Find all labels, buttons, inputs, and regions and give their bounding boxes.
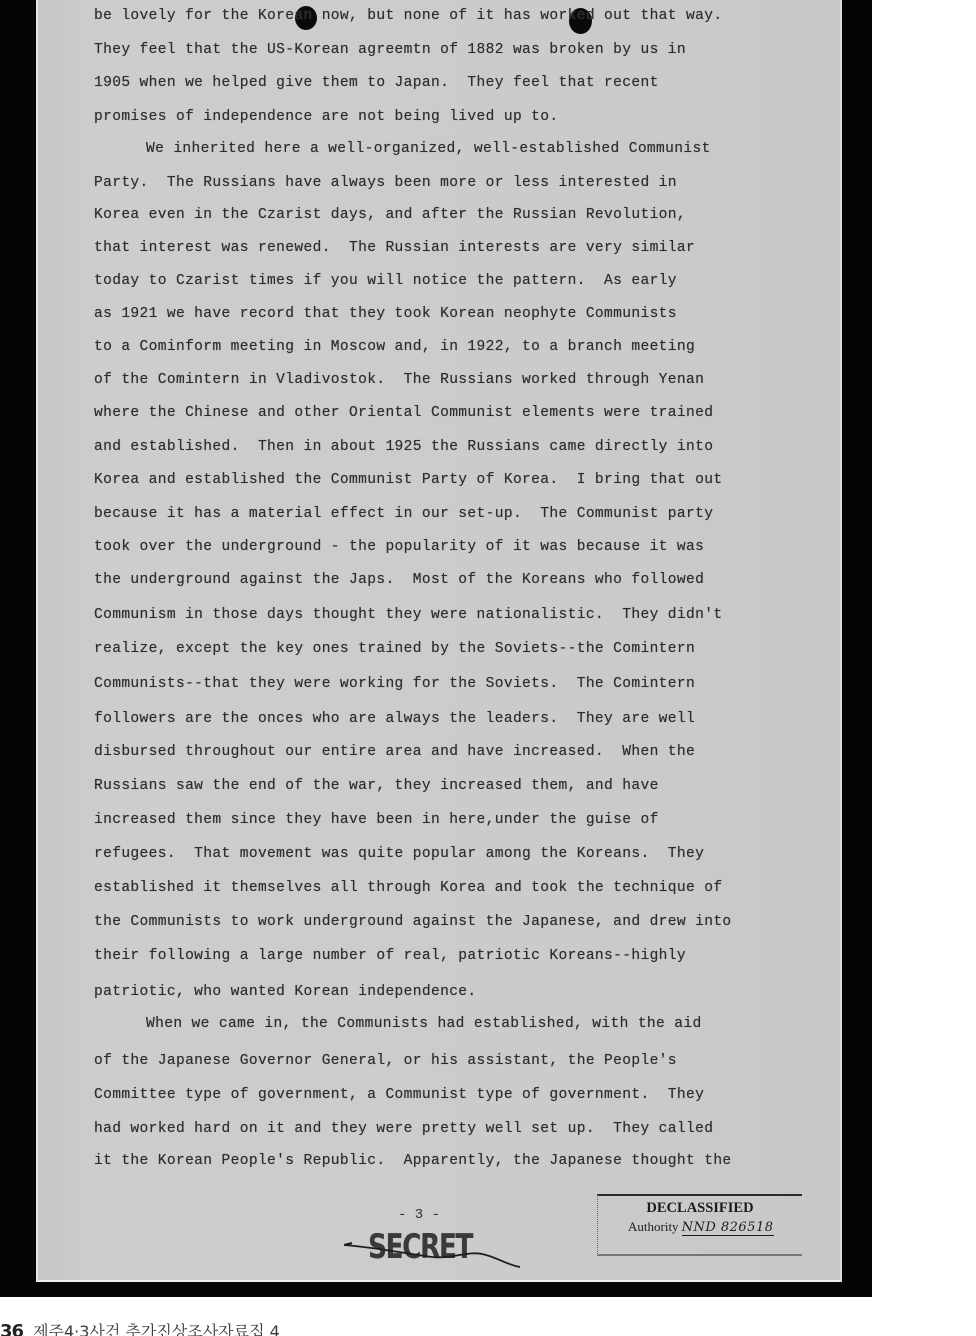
text-line: established it themselves all through Ko… <box>94 880 722 896</box>
text-line: be lovely for the Korean now, but none o… <box>94 8 722 24</box>
declassified-stamp: DECLASSIFIED AuthorityNND 826518 <box>597 1194 802 1256</box>
text-line: patriotic, who wanted Korean independenc… <box>94 984 477 1000</box>
footer-book-title: 제주4·3사건 추가진상조사자료집 4 <box>33 1322 280 1336</box>
text-line: of the Japanese Governor General, or his… <box>94 1053 677 1069</box>
text-line: that interest was renewed. The Russian i… <box>94 240 695 256</box>
text-line: of the Comintern in Vladivostok. The Rus… <box>94 372 704 388</box>
text-line: followers are the onces who are always t… <box>94 711 695 727</box>
text-line: the underground against the Japs. Most o… <box>94 572 704 588</box>
text-line: today to Czarist times if you will notic… <box>94 273 677 289</box>
text-line: Korea even in the Czarist days, and afte… <box>94 207 686 223</box>
text-line: and established. Then in about 1925 the … <box>94 439 713 455</box>
text-line: Korea and established the Communist Part… <box>94 472 722 488</box>
text-line: to a Cominform meeting in Moscow and, in… <box>94 339 695 355</box>
text-line: had worked hard on it and they were pret… <box>94 1121 713 1137</box>
text-line: realize, except the key ones trained by … <box>94 641 695 657</box>
text-line: it the Korean People's Republic. Apparen… <box>94 1153 732 1169</box>
text-line: Russians saw the end of the war, they in… <box>94 778 659 794</box>
page-number: - 3 - <box>398 1207 440 1223</box>
authority-value: NND 826518 <box>682 1220 774 1236</box>
text-line: their following a large number of real, … <box>94 948 686 964</box>
declassified-title: DECLASSIFIED <box>598 1200 802 1217</box>
text-line: 1905 when we helped give them to Japan. … <box>94 75 659 91</box>
text-line: Communism in those days thought they wer… <box>94 607 722 623</box>
text-line: We inherited here a well-organized, well… <box>146 141 711 157</box>
footer-page-number: 36 <box>0 1321 23 1336</box>
authority-label: Authority <box>628 1219 679 1234</box>
text-line: took over the underground - the populari… <box>94 539 704 555</box>
text-line: disbursed throughout our entire area and… <box>94 744 695 760</box>
text-line: because it has a material effect in our … <box>94 506 713 522</box>
text-line: Committee type of government, a Communis… <box>94 1087 704 1103</box>
book-footer: 36제주4·3사건 추가진상조사자료집 4 <box>0 1319 280 1336</box>
text-line: Party. The Russians have always been mor… <box>94 175 677 191</box>
secret-stamp: SECRET <box>368 1227 478 1277</box>
document-page: be lovely for the Korean now, but none o… <box>36 0 842 1282</box>
text-line: increased them since they have been in h… <box>94 812 659 828</box>
text-line: promises of independence are not being l… <box>94 109 559 125</box>
text-line: When we came in, the Communists had esta… <box>146 1016 702 1032</box>
text-line: Communists--that they were working for t… <box>94 676 695 692</box>
text-line: as 1921 we have record that they took Ko… <box>94 306 677 322</box>
scan-frame: be lovely for the Korean now, but none o… <box>0 0 872 1297</box>
text-line: the Communists to work underground again… <box>94 914 732 930</box>
declassified-authority: AuthorityNND 826518 <box>628 1219 774 1235</box>
text-line: where the Chinese and other Oriental Com… <box>94 405 713 421</box>
strikethrough-line-icon <box>342 1227 522 1277</box>
text-line: refugees. That movement was quite popula… <box>94 846 704 862</box>
text-line: They feel that the US-Korean agreemtn of… <box>94 42 686 58</box>
